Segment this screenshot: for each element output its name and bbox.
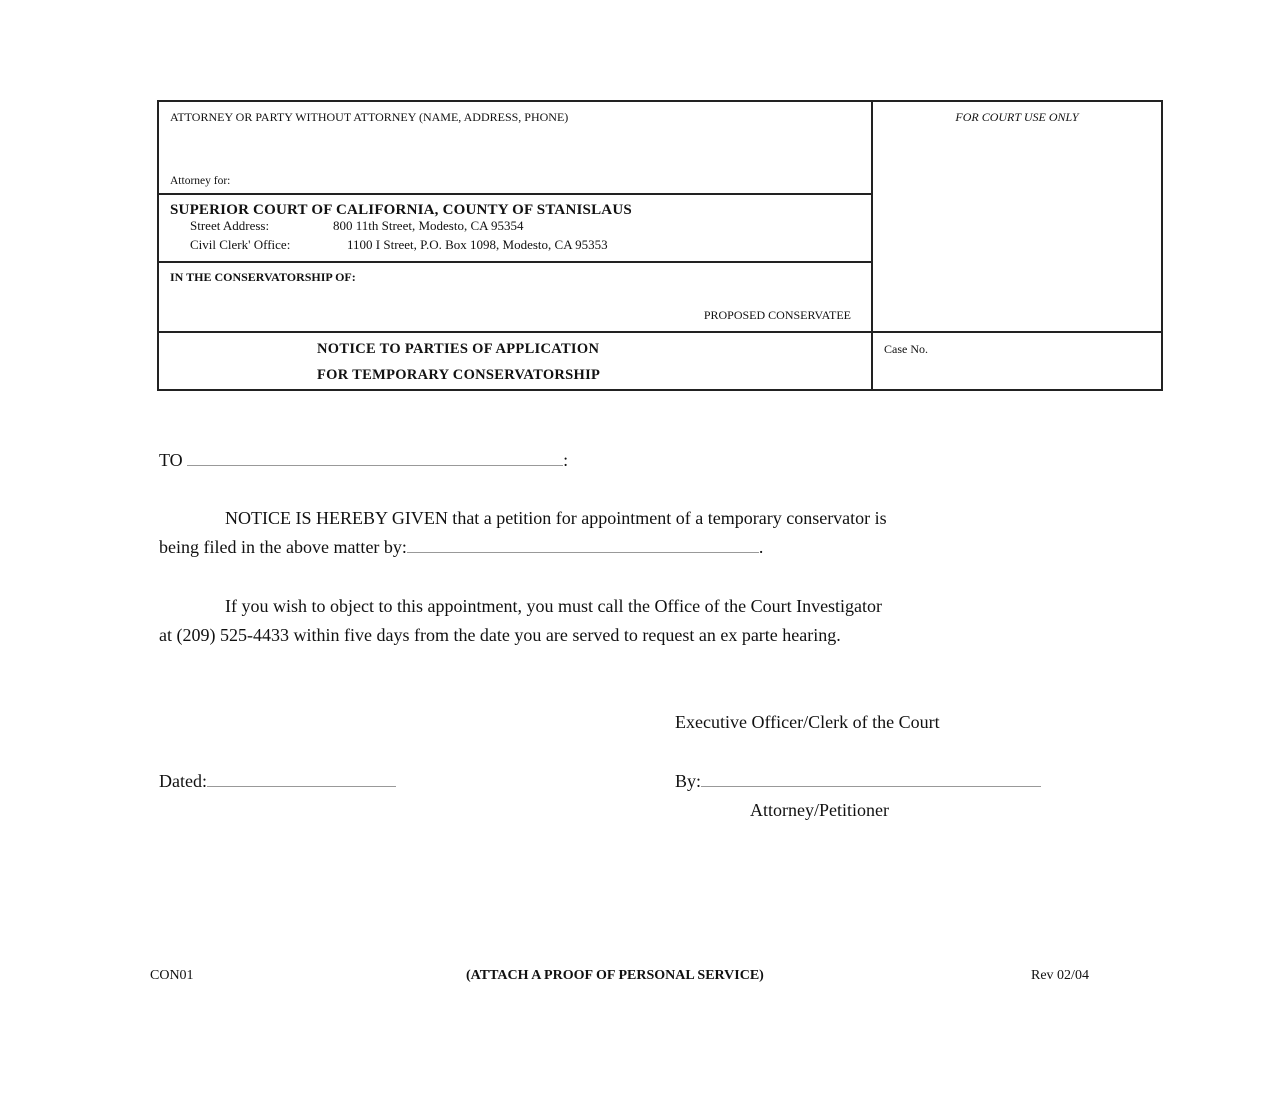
form-code: CON01	[150, 968, 194, 984]
to-suffix: :	[563, 450, 568, 470]
caption-table: ATTORNEY OR PARTY WITHOUT ATTORNEY (NAME…	[157, 100, 1163, 391]
to-line: TO :	[159, 450, 568, 471]
document-title-line2: FOR TEMPORARY CONSERVATORSHIP	[317, 367, 600, 384]
conservatorship-label: IN THE CONSERVATORSHIP OF:	[170, 270, 356, 285]
objection-paragraph-line1: If you wish to object to this appointmen…	[225, 596, 882, 617]
filed-by-field[interactable]	[407, 551, 759, 553]
row-divider	[159, 261, 871, 263]
row-divider	[159, 193, 871, 195]
attorney-header-label: ATTORNEY OR PARTY WITHOUT ATTORNEY (NAME…	[170, 110, 568, 125]
column-divider	[871, 102, 873, 389]
period: .	[759, 537, 764, 557]
court-use-label: FOR COURT USE ONLY	[873, 110, 1161, 125]
case-number-field[interactable]	[949, 338, 1149, 358]
executive-officer-label: Executive Officer/Clerk of the Court	[675, 712, 940, 733]
to-label: TO	[159, 450, 183, 470]
filed-by-label: being filed in the above matter by:	[159, 537, 407, 557]
civil-clerk-label: Civil Clerk' Office:	[190, 237, 290, 253]
to-recipient-field[interactable]	[187, 464, 563, 466]
proof-of-service-instruction: (ATTACH A PROOF OF PERSONAL SERVICE)	[466, 968, 764, 984]
street-address-value: 800 11th Street, Modesto, CA 95354	[333, 218, 524, 234]
objection-paragraph-line2: at (209) 525-4433 within five days from …	[159, 625, 841, 646]
case-number-label: Case No.	[884, 342, 928, 357]
conservatee-name-field[interactable]	[169, 287, 859, 307]
dated-field[interactable]	[207, 785, 396, 787]
civil-clerk-value: 1100 I Street, P.O. Box 1098, Modesto, C…	[347, 237, 608, 253]
by-line: By:	[675, 771, 1041, 792]
attorney-info-field[interactable]	[169, 126, 859, 172]
notice-paragraph-line2: being filed in the above matter by:.	[159, 537, 763, 558]
signature-field[interactable]	[701, 785, 1041, 787]
proposed-conservatee-label: PROPOSED CONSERVATEE	[704, 308, 851, 323]
revision-date: Rev 02/04	[1031, 968, 1089, 984]
court-name: SUPERIOR COURT OF CALIFORNIA, COUNTY OF …	[170, 202, 632, 219]
dated-line: Dated:	[159, 771, 396, 792]
street-address-label: Street Address:	[190, 218, 269, 234]
document-title-line1: NOTICE TO PARTIES OF APPLICATION	[317, 341, 599, 358]
signer-role-label: Attorney/Petitioner	[750, 800, 889, 821]
row-divider	[159, 331, 1161, 333]
attorney-for-label: Attorney for:	[170, 175, 230, 187]
by-label: By:	[675, 771, 701, 791]
dated-label: Dated:	[159, 771, 207, 791]
notice-paragraph-line1: NOTICE IS HEREBY GIVEN that a petition f…	[225, 508, 887, 529]
